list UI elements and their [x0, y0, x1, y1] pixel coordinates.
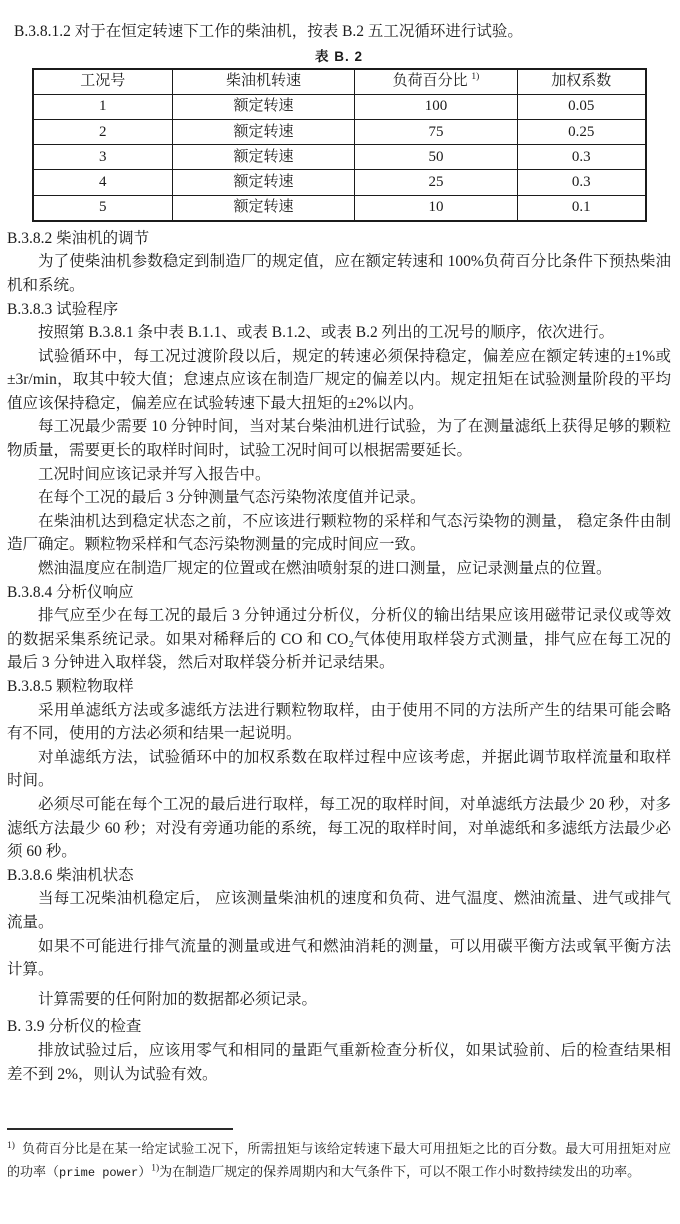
cell-load: 100 — [355, 94, 518, 119]
cell-load: 50 — [355, 145, 518, 170]
clause-heading-b384: B.3.8.4 分析仪响应 — [7, 581, 671, 605]
footnote-inline-marker: 1) — [151, 1164, 159, 1174]
table-caption: 表 B. 2 — [7, 45, 671, 65]
five-mode-cycle-table: 工况号 柴油机转速 负荷百分比 1) 加权系数 1 额定转速 100 0.05 … — [32, 68, 647, 222]
col-header-mode: 工况号 — [33, 69, 173, 95]
paragraph: 排放试验过后，应该用零气和相同的量距气重新检查分析仪，如果试验前、后的检查结果相… — [7, 1039, 671, 1086]
clause-heading-b383: B.3.8.3 试验程序 — [7, 298, 671, 322]
clause-heading-b382: B.3.8.2 柴油机的调节 — [7, 227, 671, 251]
footnote-marker: 1) — [7, 1141, 15, 1151]
cell-load: 75 — [355, 119, 518, 144]
cell-mode: 4 — [33, 170, 173, 195]
footnote-part3: 为在制造厂规定的保养周期内和大气条件下，可以不限工作小时数持续发出的功率。 — [159, 1164, 640, 1179]
col-header-weighting: 加权系数 — [518, 69, 646, 95]
table-header-row: 工况号 柴油机转速 负荷百分比 1) 加权系数 — [33, 69, 646, 95]
paragraph: 燃油温度应在制造厂规定的位置或在燃油喷射泵的进口测量，应记录测量点的位置。 — [7, 557, 671, 581]
clause-b3812-text: B.3.8.1.2 对于在恒定转速下工作的柴油机，按表 B.2 五工况循环进行试… — [14, 20, 671, 44]
cell-speed: 额定转速 — [173, 170, 355, 195]
col-header-load: 负荷百分比 1) — [355, 69, 518, 95]
paragraph: 采用单滤纸方法或多滤纸方法进行颗粒物取样，由于使用不同的方法所产生的结果可能会略… — [7, 699, 671, 746]
clause-heading-b385: B.3.8.5 颗粒物取样 — [7, 675, 671, 699]
paragraph: 在每个工况的最后 3 分钟测量气态污染物浓度值并记录。 — [7, 486, 671, 510]
cell-speed: 额定转速 — [173, 94, 355, 119]
cell-weighting: 0.3 — [518, 170, 646, 195]
table-row: 3 额定转速 50 0.3 — [33, 145, 646, 170]
clause-heading-b39: B. 3.9 分析仪的检查 — [7, 1015, 671, 1039]
cell-speed: 额定转速 — [173, 145, 355, 170]
paragraph: 为了使柴油机参数稳定到制造厂的规定值，应在额定转速和 100%负荷百分比条件下预… — [7, 250, 671, 297]
paragraph: 当每工况柴油机稳定后， 应该测量柴油机的速度和负荷、进气温度、燃油流量、进气或排… — [7, 887, 671, 934]
prime-power-term: prime power — [59, 1166, 138, 1180]
cell-mode: 2 — [33, 119, 173, 144]
table-row: 4 额定转速 25 0.3 — [33, 170, 646, 195]
clause-heading-b386: B.3.8.6 柴油机状态 — [7, 864, 671, 888]
paragraph: 按照第 B.3.8.1 条中表 B.1.1、或表 B.1.2、或表 B.2 列出… — [7, 321, 671, 345]
paragraph: 计算需要的任何附加的数据都必须记录。 — [7, 988, 671, 1012]
cell-weighting: 0.05 — [518, 94, 646, 119]
paragraph: 排气应至少在每工况的最后 3 分钟通过分析仪，分析仪的输出结果应该用磁带记录仪或… — [7, 604, 671, 675]
paragraph: 必须尽可能在每个工况的最后进行取样，每工况的取样时间，对单滤纸方法最少 20 秒… — [7, 793, 671, 864]
paragraph: 试验循环中，每工况过渡阶段以后，规定的转速必须保持稳定，偏差应在额定转速的±1%… — [7, 345, 671, 416]
table-row: 1 额定转速 100 0.05 — [33, 94, 646, 119]
paragraph: 每工况最少需要 10 分钟时间，当对某台柴油机进行试验，为了在测量滤纸上获得足够… — [7, 415, 671, 462]
col-header-speed: 柴油机转速 — [173, 69, 355, 95]
table-row: 5 额定转速 10 0.1 — [33, 195, 646, 221]
cell-weighting: 0.25 — [518, 119, 646, 144]
cell-mode: 3 — [33, 145, 173, 170]
cell-speed: 额定转速 — [173, 195, 355, 221]
cell-weighting: 0.1 — [518, 195, 646, 221]
footnote-area: 1)负荷百分比是在某一给定试验工况下，所需扭矩与该给定转速下最大可用扭矩之比的百… — [7, 1128, 671, 1185]
table-row: 2 额定转速 75 0.25 — [33, 119, 646, 144]
footnote-part2: ） — [138, 1164, 151, 1179]
footnote-rule — [7, 1128, 233, 1130]
footnote-text: 1)负荷百分比是在某一给定试验工况下，所需扭矩与该给定转速下最大可用扭矩之比的百… — [7, 1137, 671, 1185]
cell-mode: 1 — [33, 94, 173, 119]
paragraph: 对单滤纸方法，试验循环中的加权系数在取样过程中应该考虑，并据此调节取样流量和取样… — [7, 746, 671, 793]
paragraph: 如果不可能进行排气流量的测量或进气和燃油消耗的测量，可以用碳平衡方法或氧平衡方法… — [7, 935, 671, 982]
document-page: B.3.8.1.2 对于在恒定转速下工作的柴油机，按表 B.2 五工况循环进行试… — [0, 0, 680, 1224]
cell-weighting: 0.3 — [518, 145, 646, 170]
cell-speed: 额定转速 — [173, 119, 355, 144]
paragraph: 在柴油机达到稳定状态之前，不应该进行颗粒物的采样和气态污染物的测量， 稳定条件由… — [7, 510, 671, 557]
clause-sections: B.3.8.2 柴油机的调节 为了使柴油机参数稳定到制造厂的规定值，应在额定转速… — [7, 227, 671, 1086]
cell-mode: 5 — [33, 195, 173, 221]
cell-load: 25 — [355, 170, 518, 195]
cell-load: 10 — [355, 195, 518, 221]
paragraph: 工况时间应该记录并写入报告中。 — [7, 463, 671, 487]
load-footnote-marker: 1) — [471, 72, 479, 82]
